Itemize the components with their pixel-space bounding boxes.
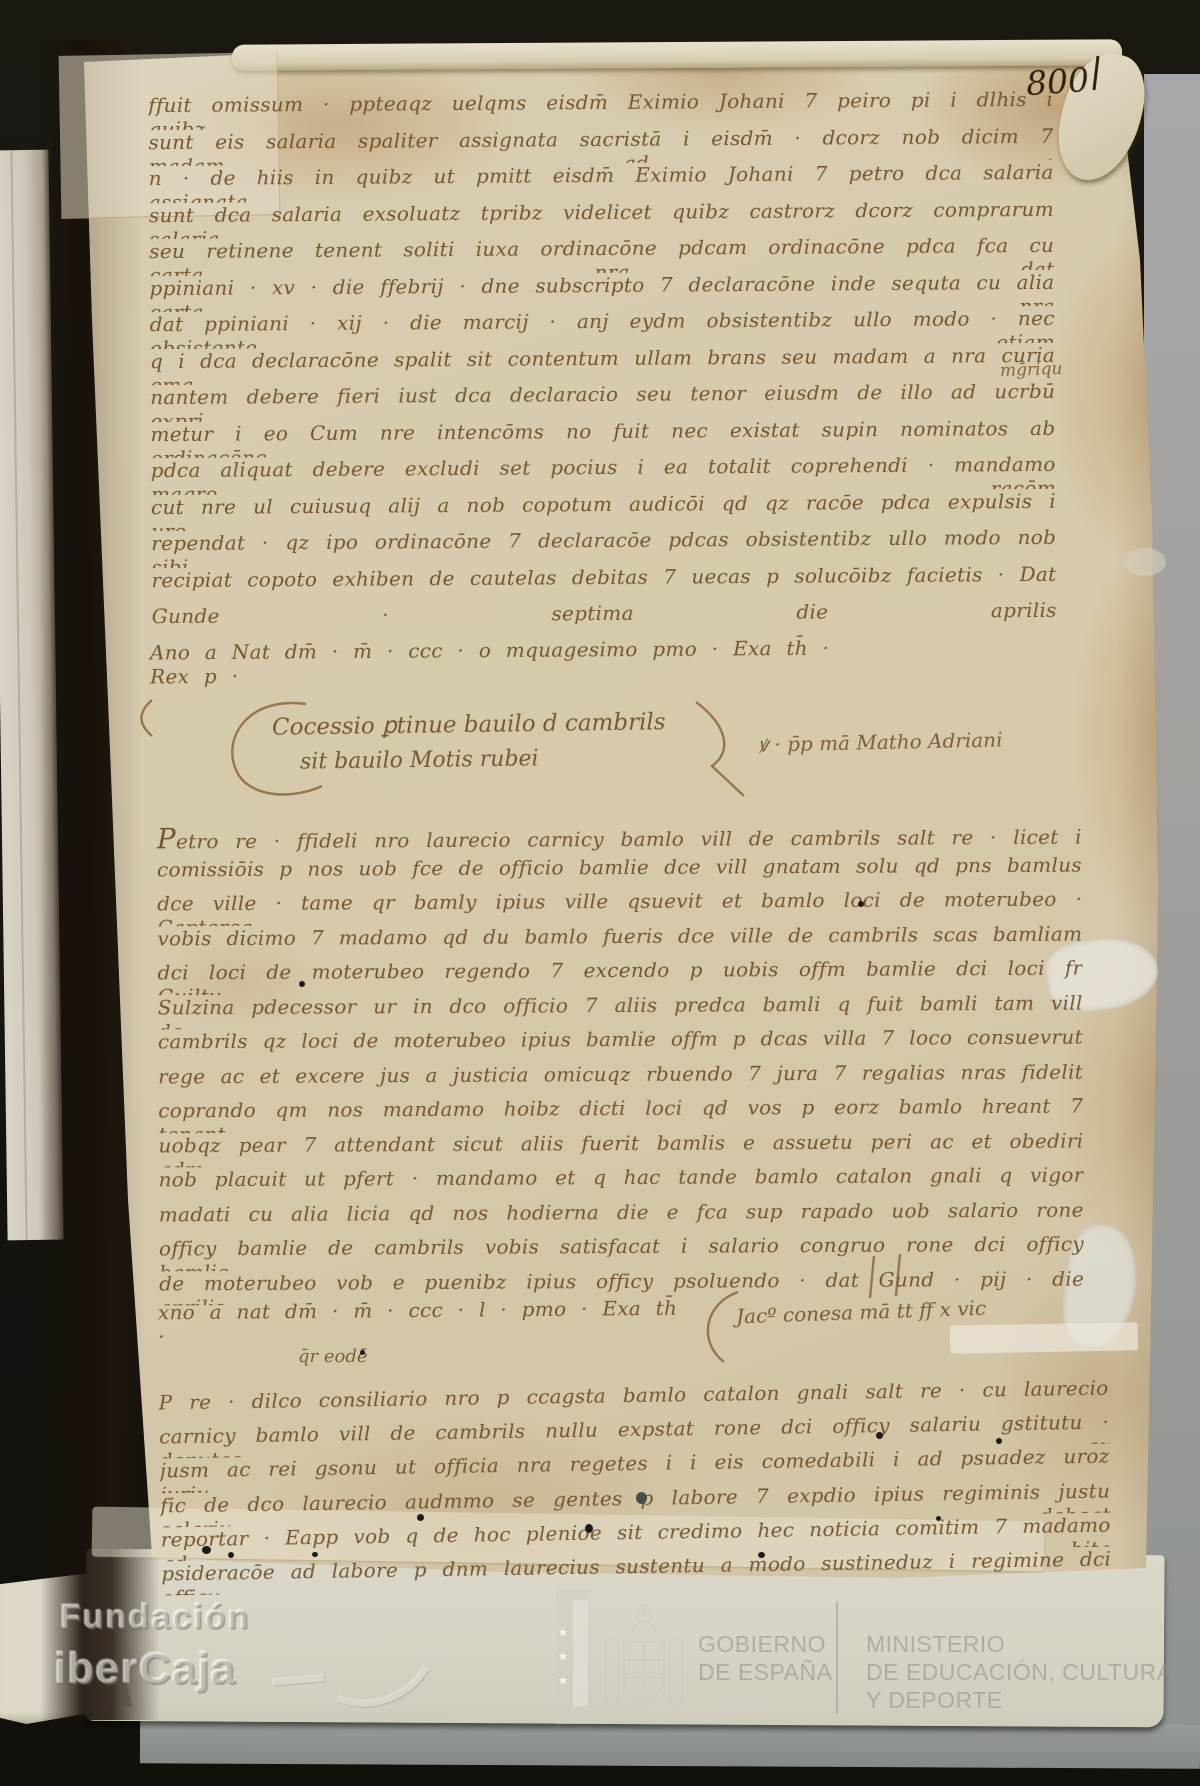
ink-hole-dot <box>312 1552 318 1557</box>
ink-hole-dot <box>360 1350 365 1355</box>
manuscript-line: dce ville · tame qr bamly ipius ville qs… <box>157 887 1082 926</box>
manuscript-line: vobis dicimo 7 madamo qd du bamlo fueris… <box>157 921 1082 960</box>
margin-mark-icon <box>128 694 162 742</box>
manuscript-line: nob placuit ut pfert · mandamo et q hac … <box>159 1163 1084 1202</box>
ministry-line3: Y DEPORTE <box>866 1686 1173 1714</box>
manuscript-line: uobqz pear 7 attendant sicut aliis fueri… <box>158 1128 1083 1167</box>
gobierno-subline: DE ESPAÑA <box>698 1658 832 1686</box>
ink-hole-dot <box>758 1552 765 1558</box>
ink-hole-dot <box>996 1438 1002 1444</box>
paragraph-last-line: xno a nat dm̄ · m̄ · ccc · l · pmo · Exa… <box>158 1296 678 1349</box>
stars-bar-icon: ★ ★ ★ <box>556 1590 590 1724</box>
ministry-line1: MINISTERIO <box>866 1630 1173 1658</box>
manuscript-line: cambrils qz loci de moterubeo ipius baml… <box>158 1025 1083 1064</box>
revision-strokes-icon <box>862 1252 914 1304</box>
ibercaja-flourish-icon <box>268 1650 438 1720</box>
ministry-line2: DE EDUCACIÓN, CULTURA <box>866 1658 1173 1686</box>
ministry-wordmark: MINISTERIO DE EDUCACIÓN, CULTURA Y DEPOR… <box>866 1630 1173 1714</box>
gobierno-wordmark: GOBIERNO DE ESPAÑA <box>698 1630 832 1686</box>
manuscript-line: Petro re · ffideli nro laurecio carnicy … <box>157 818 1082 857</box>
paragraph-last-line: Ano a Nat dm̄ · m̄ · ccc · o mquagesimo … <box>150 636 850 689</box>
manuscript-line: coprando qm nos mandamo hoibz dicti loci… <box>158 1094 1083 1133</box>
manuscript-line: comissiōis p nos uob fce de officio baml… <box>157 852 1082 891</box>
margin-heading-line2: sit bauilo Motis rubei <box>300 746 539 774</box>
manuscript-line: officy bamlie de cambrils vobis satisfac… <box>159 1232 1084 1271</box>
ink-hole-dot <box>858 901 864 907</box>
page-top-curl <box>232 39 1122 70</box>
ink-hole-dot <box>228 1552 234 1558</box>
manuscript-line: seu retinene tenent soliti iuxa ordinacō… <box>149 233 1054 276</box>
ink-hole-dot <box>585 1524 593 1533</box>
ink-hole-dot <box>417 1514 424 1521</box>
repair-patch-right-small <box>1124 548 1166 576</box>
watermark-divider <box>836 1602 838 1714</box>
manuscript-line: n · de hiis in quibz ut pmitt eisdm̄ Exi… <box>149 160 1054 203</box>
watermark-ibercaja: iberCaja <box>54 1644 236 1694</box>
manuscript-line: sunt dca salaria exsoluatz tpribz videli… <box>149 196 1054 239</box>
manuscript-line: pdca aliquat debere excludi set pocius i… <box>151 452 1056 495</box>
manuscript-line: ppiniani · xv · die ffebrij · dne subscr… <box>149 269 1054 312</box>
gobierno-line: GOBIERNO <box>698 1630 832 1658</box>
ink-hole-dot <box>936 1516 941 1521</box>
margin-heading-line1: Cocessio ꝑtinue bauilo d cambrils <box>272 709 666 740</box>
archive-tape-small <box>950 1322 1138 1353</box>
backing-card-bottom <box>140 1719 1200 1769</box>
spain-coat-of-arms-icon <box>596 1602 692 1714</box>
manuscript-line: q i dca declaracōne spalit sit contentum… <box>150 342 1055 385</box>
manuscript-line: Sulzina pdecessor ur in dco officio 7 al… <box>158 990 1083 1029</box>
ink-hole-dot <box>202 1546 211 1554</box>
section-note: q̄r eodē <box>298 1346 368 1367</box>
manuscript-paragraph: ffuit omissum · ppteaqz uelqms eisdm̄ Ex… <box>148 87 1057 641</box>
heading-bracket-icon <box>688 698 752 800</box>
marginal-annotation: ꝟ · p̄p mā Matho Adriani <box>758 725 1003 757</box>
manuscript-line: dat ppiniani · xij · die marcij · anj ey… <box>150 306 1055 349</box>
manuscript-line: Gunde · septima die aprilis <box>152 598 1057 641</box>
ink-hole-dot <box>876 1432 883 1439</box>
manuscript-line: rege ac et excere jus a justicia omicuqz… <box>158 1059 1083 1098</box>
manuscript-line: cut nre ul cuiusuq alij a nob copotum au… <box>151 488 1056 531</box>
manuscript-paragraph: Petro re · ffideli nro laurecio carnicy … <box>157 818 1085 1306</box>
manuscript-line: rependat · qz ipo ordinacōne 7 declaracō… <box>151 525 1056 568</box>
manuscript-line: sunt eis salaria spaliter assignata sacr… <box>148 123 1053 166</box>
manuscript-paragraph: P re · dilco consiliario nro p ccagsta b… <box>158 1376 1111 1596</box>
ink-hole-dot <box>299 981 305 987</box>
manuscript-scan: 800 ffuit omissum · ppteaqz uelqms eisdm… <box>0 0 1200 1786</box>
manuscript-line: madati cu alia licia qd nos hodierna die… <box>159 1197 1084 1236</box>
watermark-fundacion: Fundación <box>60 1598 250 1637</box>
folio-tick-icon <box>1088 52 1108 96</box>
manuscript-line: nantem debere fieri iust dca declaracio … <box>150 379 1055 422</box>
ink-hole-dot <box>636 1492 647 1504</box>
manuscript-line: ffuit omissum · ppteaqz uelqms eisdm̄ Ex… <box>148 87 1053 130</box>
manuscript-line: metur i eo Cum nre intencōms no fuit nec… <box>150 415 1055 458</box>
manuscript-line: dci loci de moterubeo regendo 7 excendo … <box>157 956 1082 995</box>
interline-note: mḡriqu <box>1000 359 1063 381</box>
manuscript-line: recipiat copoto exhiben de cautelas debi… <box>151 561 1056 604</box>
